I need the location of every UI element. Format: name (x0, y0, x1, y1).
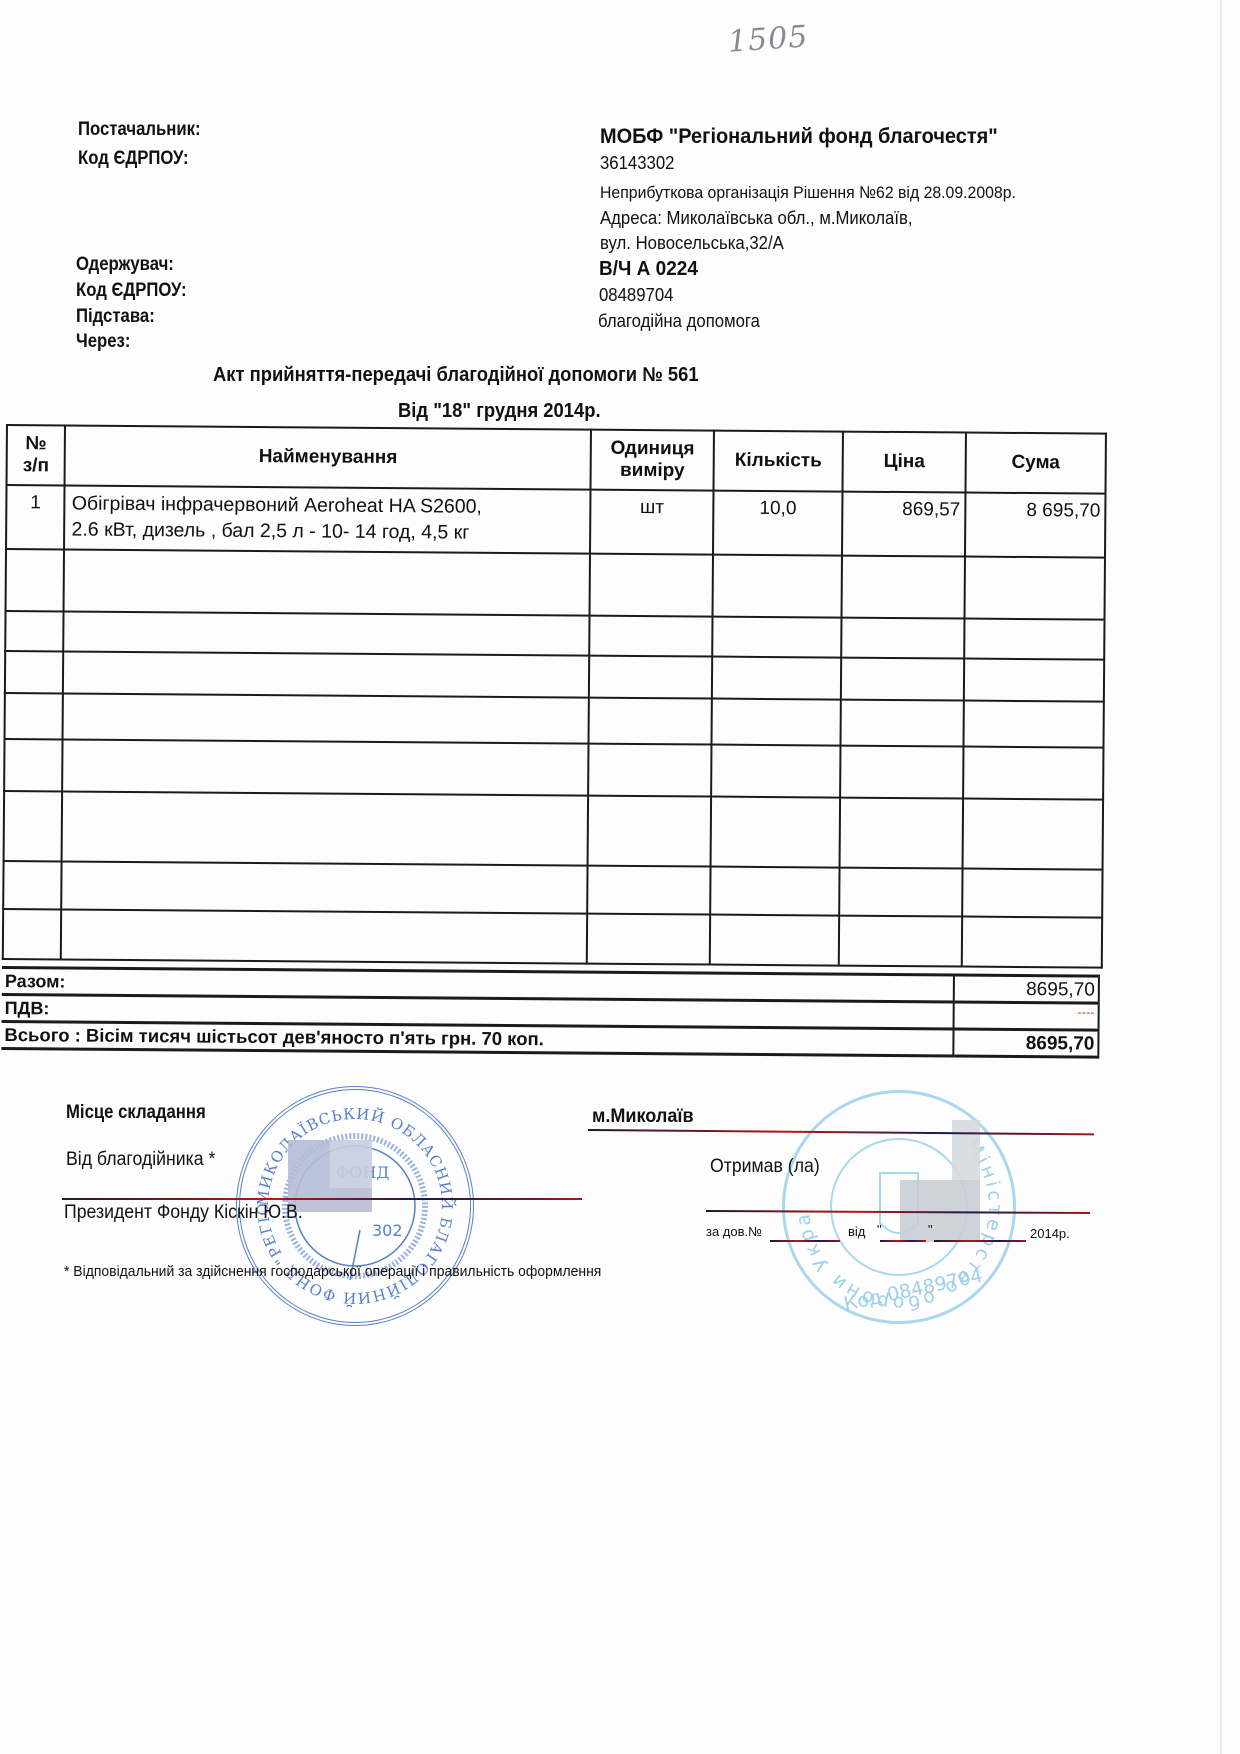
empty-cell (710, 915, 839, 966)
recipient-edrpou: 08489704 (599, 283, 673, 308)
table-row: 1 Обігрівач інфрачервоний Aeroheat HA S2… (6, 485, 1105, 558)
redacted-signature-block (288, 1140, 330, 1188)
vat-value: ---- (954, 1002, 1099, 1030)
document-date: Від "18" грудня 2014р. (398, 400, 601, 423)
recipient-name: В/Ч А 0224 (599, 256, 698, 282)
empty-cell (840, 798, 963, 869)
via-label: Через: (76, 329, 130, 355)
empty-cell (711, 797, 840, 868)
empty-cell (5, 693, 64, 739)
empty-cell (4, 739, 63, 791)
empty-cell (839, 868, 962, 917)
header-name: Найменування (65, 425, 591, 489)
empty-cell (842, 556, 965, 619)
place-value: м.Миколаїв (592, 1104, 694, 1130)
supplier-address-line2: вул. Новосельська,32/А (600, 231, 784, 256)
empty-cell (588, 744, 711, 797)
empty-cell (712, 617, 841, 658)
empty-cell (63, 739, 589, 795)
power-of-attorney-from: від (848, 1224, 865, 1239)
poa-month-line (934, 1240, 1026, 1242)
header-sum: Сума (965, 433, 1106, 494)
president-label: Президент Фонду Кіскін Ю.В. (64, 1200, 303, 1225)
redacted-signature-block (330, 1140, 372, 1188)
power-of-attorney-prefix: за дов.№ (706, 1224, 762, 1239)
supplier-label: Постачальник: (78, 117, 201, 143)
empty-cell (962, 869, 1102, 918)
footnote: * Відповідальний за здійснення господарс… (64, 1263, 601, 1280)
empty-cell (712, 699, 841, 746)
empty-cell (61, 909, 587, 963)
empty-cell (841, 618, 964, 659)
table-row-empty (6, 549, 1105, 620)
empty-cell (587, 866, 710, 915)
received-label: Отримав (ла) (710, 1154, 820, 1179)
cell-no: 1 (6, 485, 65, 549)
supplier-status: Неприбуткова організація Рішення №62 від… (600, 180, 1016, 205)
items-table: №з/п Найменування Одиницявиміру Кількіст… (2, 424, 1107, 965)
cell-sum: 8 695,70 (965, 493, 1106, 558)
empty-cell (964, 659, 1104, 702)
cell-price: 869,57 (842, 492, 965, 557)
empty-cell (3, 909, 62, 959)
basis-label: Підстава: (76, 304, 155, 330)
empty-cell (713, 555, 842, 618)
empty-cell (589, 616, 712, 657)
page-edge (1220, 0, 1222, 1754)
empty-cell (3, 861, 62, 909)
poa-day-line (880, 1240, 926, 1242)
empty-cell (6, 549, 65, 611)
empty-cell (590, 554, 713, 617)
cell-qty: 10,0 (713, 491, 842, 556)
table-row-empty (3, 861, 1102, 918)
empty-cell (963, 747, 1103, 800)
empty-cell (63, 693, 589, 743)
right-stamp: Міністерство оборони України • Військова… (782, 1090, 1016, 1324)
table-row-empty (3, 909, 1102, 968)
empty-cell (963, 701, 1103, 748)
cell-name: Обігрівач інфрачервоний Aeroheat HA S260… (64, 485, 590, 553)
empty-cell (588, 796, 711, 867)
supplier-edrpou: 36143302 (600, 151, 674, 176)
empty-cell (589, 698, 712, 745)
supplier-edrpou-label: Код ЄДРПОУ: (78, 146, 189, 172)
from-donor-label: Від благодійника * (66, 1147, 215, 1172)
empty-cell (712, 657, 841, 700)
power-of-attorney-year: 2014р. (1030, 1226, 1070, 1241)
empty-cell (841, 658, 964, 701)
empty-cell (5, 651, 64, 693)
table-row-empty (4, 791, 1104, 870)
empty-cell (840, 746, 963, 799)
empty-cell (64, 549, 590, 615)
empty-cell (710, 867, 839, 916)
header-qty: Кількість (714, 431, 843, 492)
place-label: Місце складання (66, 1100, 206, 1126)
empty-cell (62, 791, 588, 865)
svg-text:302: 302 (372, 1221, 403, 1240)
header-no: №з/п (7, 425, 66, 485)
totals-block: Разом: 8695,70 ПДВ: ---- Всього : Вісім … (1, 966, 1100, 1059)
basis-value: благодійна допомога (598, 309, 760, 334)
poa-number-line (770, 1240, 840, 1242)
empty-cell (962, 917, 1102, 968)
poa-quote-open: " (877, 1222, 882, 1237)
empty-cell (62, 861, 588, 913)
table-row-empty (4, 739, 1103, 800)
total-value: 8695,70 (953, 1029, 1098, 1057)
handwritten-note: 1505 (727, 19, 810, 60)
supplier-name: МОБФ "Регіональний фонд благочестя" (600, 124, 998, 150)
empty-cell (5, 611, 64, 651)
empty-cell (962, 799, 1103, 870)
empty-cell (4, 791, 63, 861)
empty-cell (63, 651, 589, 697)
empty-cell (587, 914, 710, 965)
header-unit: Одиницявиміру (591, 430, 714, 491)
recipient-edrpou-label: Код ЄДРПОУ: (76, 278, 187, 304)
document-title: Акт прийняття-передачі благодійної допом… (213, 364, 699, 387)
empty-cell (711, 745, 840, 798)
cell-unit: шт (590, 490, 713, 555)
empty-cell (589, 656, 712, 699)
empty-cell (64, 611, 590, 655)
recipient-label: Одержувач: (76, 252, 174, 278)
supplier-address-line1: Адреса: Миколаївська обл., м.Миколаїв, (600, 206, 913, 231)
poa-quote-close: " (928, 1222, 933, 1237)
empty-cell (964, 557, 1105, 620)
redacted-signature-block (952, 1120, 980, 1180)
subtotal-value: 8695,70 (954, 975, 1099, 1003)
empty-cell (964, 619, 1104, 660)
empty-cell (839, 916, 962, 967)
empty-cell (841, 700, 964, 747)
header-price: Ціна (843, 432, 966, 493)
